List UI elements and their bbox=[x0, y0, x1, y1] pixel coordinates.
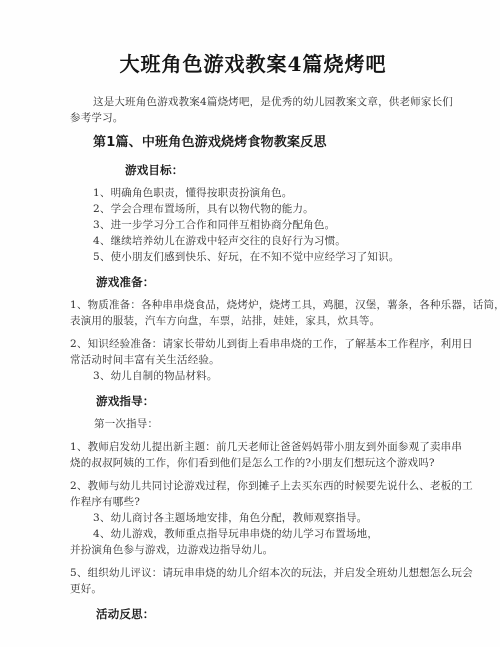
game-goals-heading: 游戏目标： bbox=[125, 162, 436, 178]
intro-paragraph: 这是大班角色游戏教案4篇烧烤吧，是优秀的幼儿园教案文章，供老师家长们 参考学习。 bbox=[70, 94, 436, 126]
activity-reflection-heading: 活动反思： bbox=[96, 606, 436, 622]
goal-item-1: 1、明确角色职责，懂得按职责扮演角色。 bbox=[93, 185, 436, 201]
goal-item-2: 2、学会合理布置场所，具有以物代物的能力。 bbox=[93, 201, 436, 217]
goal-item-4: 4、继续培养幼儿在游戏中轻声交往的良好行为习惯。 bbox=[93, 233, 436, 249]
guidance-item-5: 5、组织幼儿评议：请玩串串烧的幼儿介绍本次的玩法，并启发全班幼儿想想怎么玩会 更… bbox=[70, 565, 436, 597]
guidance-item-3: 3、幼儿商讨各主题场地安排，角色分配，教师观察指导。 bbox=[93, 510, 436, 526]
guidance-item-2: 2、教师与幼儿共同讨论游戏过程，你到摊子上去买东西的时候要先说什么、老板的工 作… bbox=[70, 478, 436, 510]
doc-title: 大班角色游戏教案4篇烧烤吧 bbox=[70, 50, 436, 78]
first-guidance-subheading: 第一次指导： bbox=[94, 416, 436, 432]
document-page: 大班角色游戏教案4篇烧烤吧这是大班角色游戏教案4篇烧烤吧，是优秀的幼儿园教案文章… bbox=[0, 0, 500, 647]
document-body: 大班角色游戏教案4篇烧烤吧这是大班角色游戏教案4篇烧烤吧，是优秀的幼儿园教案文章… bbox=[0, 0, 500, 622]
goal-item-3: 3、进一步学习分工合作和同伴互相协商分配角色。 bbox=[93, 217, 436, 233]
game-prep-heading: 游戏准备： bbox=[96, 274, 436, 290]
guidance-item-4: 4、幼儿游戏，教师重点指导玩串串烧的幼儿学习布置场地， 并扮演角色参与游戏，边游… bbox=[70, 526, 436, 558]
goal-item-5: 5、使小朋友们感到快乐、好玩，在不知不觉中应经学习了知识。 bbox=[93, 249, 436, 265]
guidance-item-1: 1、教师启发幼儿提出新主题：前几天老师让爸爸妈妈带小朋友到外面参观了卖串串 烧的… bbox=[70, 439, 436, 471]
game-guidance-heading: 游戏指导： bbox=[96, 393, 436, 409]
prep-item-3: 3、幼儿自制的物品材料。 bbox=[93, 368, 436, 384]
prep-item-2: 2、知识经验准备：请家长带幼儿到街上看串串烧的工作，了解基本工作程序，利用日 常… bbox=[70, 336, 436, 368]
section-1-heading: 第1篇、中班角色游戏烧烤食物教案反思 bbox=[93, 134, 436, 152]
prep-item-1: 1、物质准备：各种串串烧食品，烧烤炉，烧烤工具，鸡腿，汉堡，薯条，各种乐器，话筒… bbox=[70, 297, 436, 329]
